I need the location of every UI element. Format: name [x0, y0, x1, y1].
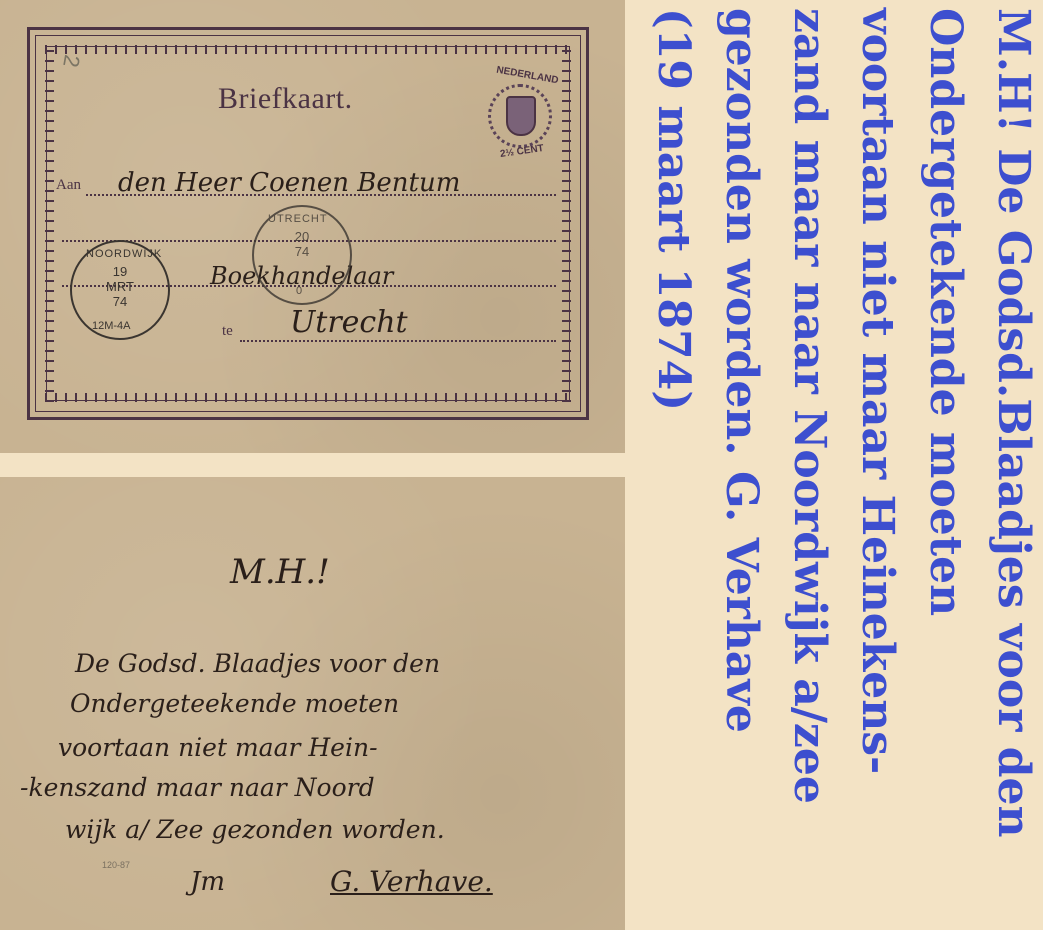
handwritten-signature: G. Verhave. [330, 865, 493, 898]
postcard-title: Briefkaart. [218, 82, 353, 116]
stamp-value: 2½ CENT [499, 143, 544, 160]
pencil-reference-number: 120-87 [102, 860, 130, 870]
handwritten-line: De Godsd. Blaadjes voor den [75, 649, 440, 678]
handwritten-salutation: M.H.! [230, 552, 330, 592]
handwritten-city: Utrecht [290, 305, 408, 340]
handwritten-initials: Jm [190, 867, 225, 897]
printed-stamp: NEDERLAND 2½ CENT [478, 70, 574, 166]
postmark-utrecht: UTRECHT 20 74 0 [252, 205, 352, 305]
postmark-day: 20 [254, 229, 350, 244]
transcription-line: zand maar naar Noordwijk a/zee [785, 8, 833, 804]
postcard-front-image: 2 Briefkaart. NEDERLAND 2½ CENT Aan te d… [0, 0, 625, 453]
handwritten-line: -kenszand maar naar Noord [20, 773, 375, 802]
postmark-time: 0 [296, 285, 302, 297]
at-label: te [222, 323, 233, 340]
handwritten-line: voortaan niet maar Hein- [58, 733, 378, 762]
postmark-noordwijk: NOORDWIJK 19 MRT 74 12M-4A [70, 240, 170, 340]
transcription-date: (19 maart 1874) [649, 8, 697, 411]
handwritten-line: wijk a/ Zee gezonden worden. [65, 815, 445, 844]
postmark-time: 12M-4A [92, 320, 131, 332]
postmark-year: 74 [254, 244, 350, 259]
postcard-back-image: M.H.! De Godsd. Blaadjes voor den Onderg… [0, 477, 625, 930]
postmark-year: 74 [72, 294, 168, 309]
transcription-panel: M.H! De Godsd.Blaadjes voor den Onderget… [625, 0, 1043, 930]
transcription-line: M.H! De Godsd.Blaadjes voor den [989, 8, 1037, 837]
handwritten-addressee: den Heer Coenen Bentum [118, 168, 460, 198]
postmark-town: NOORDWIJK [86, 248, 162, 260]
transcription-line: Ondergetekende moeten [921, 8, 969, 616]
postmark-month: MRT [72, 279, 168, 294]
postmark-day: 19 [72, 264, 168, 279]
address-line-4 [240, 340, 556, 342]
transcription-line: voortaan niet maar Heinekens- [853, 8, 901, 774]
postmark-town: UTRECHT [268, 213, 328, 225]
coat-of-arms-icon [506, 96, 536, 136]
to-label: Aan [56, 177, 81, 194]
handwritten-line: Ondergeteekende moeten [70, 689, 399, 718]
transcription-line: gezonden worden. G. Verhave [717, 8, 765, 733]
